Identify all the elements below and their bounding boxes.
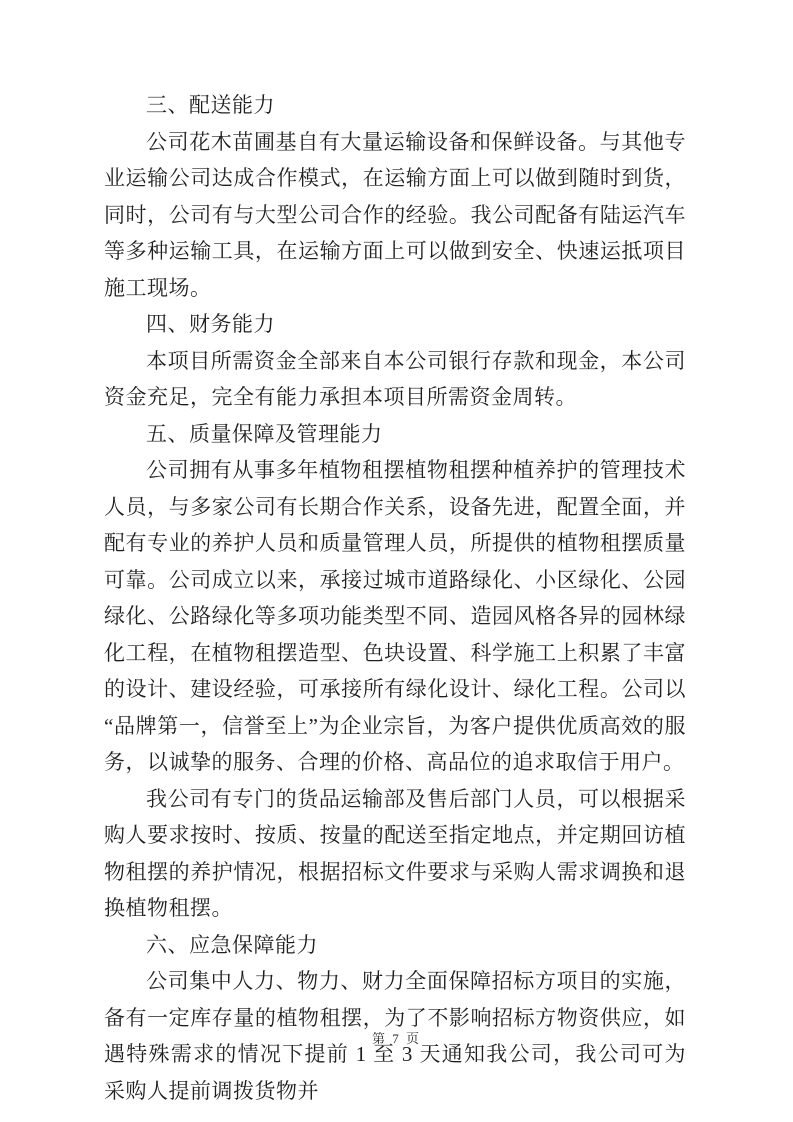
section-heading: 三、配送能力 bbox=[104, 87, 686, 124]
document-body: 三、配送能力公司花木苗圃基自有大量运输设备和保鲜设备。与其他专业运输公司达成合作… bbox=[104, 87, 686, 1109]
body-paragraph: 我公司有专门的货品运输部及售后部门人员，可以根据采购人要求按时、按质、按量的配送… bbox=[104, 781, 686, 927]
page-footer: 第 7 页 bbox=[0, 1031, 793, 1047]
document-page: 三、配送能力公司花木苗圃基自有大量运输设备和保鲜设备。与其他专业运输公司达成合作… bbox=[0, 0, 793, 1122]
section-heading: 五、质量保障及管理能力 bbox=[104, 416, 686, 453]
page-number: 第 7 页 bbox=[372, 1031, 421, 1046]
body-paragraph: 公司花木苗圃基自有大量运输设备和保鲜设备。与其他专业运输公司达成合作模式，在运输… bbox=[104, 124, 686, 307]
section-heading: 四、财务能力 bbox=[104, 306, 686, 343]
section-heading: 六、应急保障能力 bbox=[104, 927, 686, 964]
body-paragraph: 公司拥有从事多年植物租摆植物租摆种植养护的管理技术人员，与多家公司有长期合作关系… bbox=[104, 452, 686, 781]
body-paragraph: 本项目所需资金全部来自本公司银行存款和现金，本公司资金充足，完全有能力承担本项目… bbox=[104, 343, 686, 416]
